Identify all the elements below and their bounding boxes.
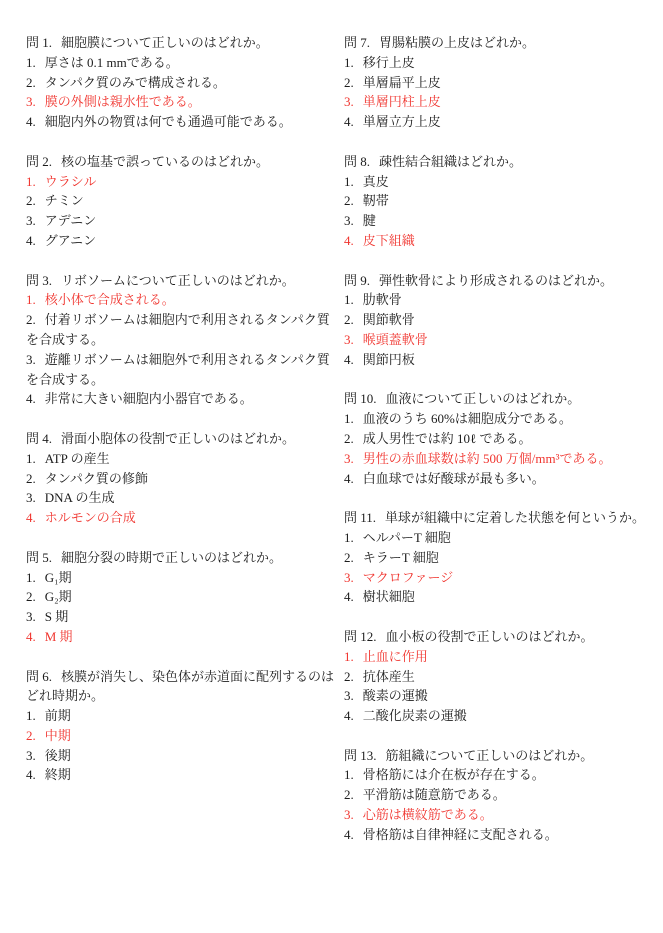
option-number: 4.	[344, 352, 354, 367]
answer-option: 4.樹状細胞	[344, 587, 660, 607]
answer-option: 4.関節円板	[344, 350, 660, 370]
answer-option: 2.G₂期	[26, 587, 336, 607]
answer-option: 1.移行上皮	[344, 53, 660, 73]
option-text: 終期	[45, 767, 71, 782]
option-number: 2.	[26, 193, 36, 208]
question-number: 問 7.	[344, 35, 370, 50]
option-text: 単層円柱上皮	[363, 94, 441, 109]
question-number: 問 9.	[344, 273, 370, 288]
answer-option-correct: 3.男性の赤血球数は約 500 万個/mm³である。	[344, 449, 660, 469]
option-number: 1.	[344, 649, 354, 664]
option-text: 酸素の運搬	[363, 688, 428, 703]
answer-option: 2.成人男性では約 10ℓ である。	[344, 429, 660, 449]
option-text: 移行上皮	[363, 55, 415, 70]
option-number: 1.	[344, 174, 354, 189]
question-heading: 問 1.細胞膜について正しいのはどれか。	[26, 33, 336, 53]
option-number: 2.	[344, 431, 354, 446]
option-text: 前期	[45, 708, 71, 723]
question-text: 滑面小胞体の役割で正しいのはどれか。	[61, 431, 295, 446]
question-text: 単球が組織中に定着した状態を何というか。	[385, 510, 645, 525]
answer-option-correct: 1.核小体で合成される。	[26, 290, 336, 310]
answer-option: 2.キラーT 細胞	[344, 548, 660, 568]
option-text: G₂期	[45, 589, 72, 604]
question-block: 問 3.リボソームについて正しいのはどれか。1.核小体で合成される。2.付着リボ…	[26, 271, 336, 410]
answer-option: 1.骨格筋には介在板が存在する。	[344, 765, 660, 785]
option-text: ヘルパーT 細胞	[363, 530, 451, 545]
option-text: 二酸化炭素の運搬	[363, 708, 467, 723]
option-number: 1.	[344, 767, 354, 782]
answer-option: 3.後期	[26, 746, 336, 766]
option-number: 1.	[26, 570, 36, 585]
question-block: 問 7.胃腸粘膜の上皮はどれか。1.移行上皮2.単層扁平上皮3.単層円柱上皮4.…	[344, 33, 660, 132]
option-number: 2.	[26, 589, 36, 604]
option-number: 4.	[26, 510, 36, 525]
answer-option: 2.靭帯	[344, 191, 660, 211]
option-number: 3.	[344, 213, 354, 228]
option-text: 男性の赤血球数は約 500 万個/mm³である。	[363, 451, 612, 466]
option-number: 4.	[344, 471, 354, 486]
option-number: 4.	[26, 233, 36, 248]
question-block: 問 9.弾性軟骨により形成されるのはどれか。1.肋軟骨2.関節軟骨3.喉頭蓋軟骨…	[344, 271, 660, 370]
answer-option: 3.アデニン	[26, 211, 336, 231]
option-number: 4.	[26, 767, 36, 782]
question-text: 細胞膜について正しいのはどれか。	[61, 35, 269, 50]
answer-option-correct: 4.ホルモンの合成	[26, 508, 336, 528]
option-number: 4.	[26, 391, 36, 406]
option-number: 3.	[26, 94, 36, 109]
option-text: G₁期	[45, 570, 72, 585]
option-number: 3.	[344, 332, 354, 347]
option-number: 3.	[344, 570, 354, 585]
option-text: 肋軟骨	[363, 292, 402, 307]
option-text: 腱	[363, 213, 376, 228]
option-number: 1.	[26, 292, 36, 307]
question-number: 問 10.	[344, 391, 377, 406]
question-heading: 問 12.血小板の役割で正しいのはどれか。	[344, 627, 660, 647]
option-number: 2.	[344, 669, 354, 684]
question-text: 核膜が消失し、染色体が赤道面に配列するのはどれ時期か。	[26, 669, 334, 704]
question-text: 血液について正しいのはどれか。	[386, 391, 581, 406]
option-number: 4.	[26, 629, 36, 644]
option-text: 関節円板	[363, 352, 415, 367]
question-number: 問 1.	[26, 35, 52, 50]
option-text: 付着リボソームは細胞内で利用されるタンパク質を合成する。	[26, 312, 330, 347]
question-block: 問 12.血小板の役割で正しいのはどれか。1.止血に作用2.抗体産生3.酸素の運…	[344, 627, 660, 726]
option-text: ウラシル	[45, 174, 97, 189]
question-text: 細胞分裂の時期で正しいのはどれか。	[61, 550, 282, 565]
question-number: 問 12.	[344, 629, 377, 644]
question-text: 血小板の役割で正しいのはどれか。	[386, 629, 594, 644]
option-number: 2.	[344, 75, 354, 90]
question-block: 問 6.核膜が消失し、染色体が赤道面に配列するのはどれ時期か。1.前期2.中期3…	[26, 667, 336, 786]
question-number: 問 11.	[344, 510, 376, 525]
option-text: M 期	[45, 629, 73, 644]
question-number: 問 8.	[344, 154, 370, 169]
answer-option: 1.G₁期	[26, 568, 336, 588]
answer-option: 3.腱	[344, 211, 660, 231]
option-text: 骨格筋には介在板が存在する。	[363, 767, 545, 782]
exam-document-page: 問 1.細胞膜について正しいのはどれか。1.厚さは 0.1 mmである。2.タン…	[0, 0, 663, 933]
option-text: ホルモンの合成	[45, 510, 136, 525]
option-text: DNA の生成	[45, 490, 115, 505]
option-number: 3.	[26, 609, 36, 624]
option-text: 皮下組織	[363, 233, 415, 248]
option-number: 3.	[26, 213, 36, 228]
option-number: 2.	[344, 193, 354, 208]
answer-option: 4.グアニン	[26, 231, 336, 251]
answer-option: 4.終期	[26, 765, 336, 785]
answer-option: 4.二酸化炭素の運搬	[344, 706, 660, 726]
question-heading: 問 11.単球が組織中に定着した状態を何というか。	[344, 508, 660, 528]
option-text: 白血球では好酸球が最も多い。	[363, 471, 545, 486]
option-number: 2.	[26, 75, 36, 90]
option-text: 関節軟骨	[363, 312, 415, 327]
answer-option: 1.厚さは 0.1 mmである。	[26, 53, 336, 73]
option-number: 4.	[344, 589, 354, 604]
answer-option-correct: 1.ウラシル	[26, 172, 336, 192]
question-block: 問 11.単球が組織中に定着した状態を何というか。1.ヘルパーT 細胞2.キラー…	[344, 508, 660, 607]
answer-option: 3.遊離リボソームは細胞外で利用されるタンパク質を合成する。	[26, 350, 336, 390]
option-number: 4.	[26, 114, 36, 129]
option-number: 3.	[344, 451, 354, 466]
question-heading: 問 6.核膜が消失し、染色体が赤道面に配列するのはどれ時期か。	[26, 667, 336, 707]
option-text: 遊離リボソームは細胞外で利用されるタンパク質を合成する。	[26, 352, 330, 387]
question-block: 問 4.滑面小胞体の役割で正しいのはどれか。1.ATP の産生2.タンパク質の修…	[26, 429, 336, 528]
answer-option-correct: 2.中期	[26, 726, 336, 746]
question-heading: 問 5.細胞分裂の時期で正しいのはどれか。	[26, 548, 336, 568]
question-block: 問 2.核の塩基で誤っているのはどれか。1.ウラシル2.チミン3.アデニン4.グ…	[26, 152, 336, 251]
answer-option: 1.ヘルパーT 細胞	[344, 528, 660, 548]
option-text: 止血に作用	[363, 649, 428, 664]
answer-option: 4.非常に大きい細胞内小器官である。	[26, 389, 336, 409]
option-text: 成人男性では約 10ℓ である。	[363, 431, 532, 446]
answer-option: 2.タンパク質の修飾	[26, 469, 336, 489]
option-number: 2.	[26, 728, 36, 743]
option-number: 1.	[26, 451, 36, 466]
option-text: 細胞内外の物質は何でも通過可能である。	[45, 114, 292, 129]
option-text: 樹状細胞	[363, 589, 415, 604]
option-number: 1.	[344, 411, 354, 426]
option-text: 抗体産生	[363, 669, 415, 684]
question-block: 問 5.細胞分裂の時期で正しいのはどれか。1.G₁期2.G₂期3.S 期4.M …	[26, 548, 336, 647]
option-number: 3.	[344, 94, 354, 109]
option-number: 1.	[26, 55, 36, 70]
question-block: 問 8.疎性結合組織はどれか。1.真皮2.靭帯3.腱4.皮下組織	[344, 152, 660, 251]
option-number: 2.	[344, 312, 354, 327]
question-text: リボソームについて正しいのはどれか。	[61, 273, 295, 288]
answer-option-correct: 3.喉頭蓋軟骨	[344, 330, 660, 350]
question-number: 問 2.	[26, 154, 52, 169]
option-number: 2.	[344, 787, 354, 802]
option-text: キラーT 細胞	[363, 550, 439, 565]
question-number: 問 13.	[344, 748, 377, 763]
option-text: アデニン	[45, 213, 96, 228]
question-number: 問 3.	[26, 273, 52, 288]
question-number: 問 5.	[26, 550, 52, 565]
option-number: 4.	[344, 114, 354, 129]
question-block: 問 10.血液について正しいのはどれか。1.血液のうち 60%は細胞成分である。…	[344, 389, 660, 488]
option-text: マクロファージ	[363, 570, 453, 585]
answer-option-correct: 1.止血に作用	[344, 647, 660, 667]
option-text: 真皮	[363, 174, 389, 189]
answer-option: 2.抗体産生	[344, 667, 660, 687]
question-number: 問 4.	[26, 431, 52, 446]
question-heading: 問 10.血液について正しいのはどれか。	[344, 389, 660, 409]
option-text: 後期	[45, 748, 71, 763]
option-number: 2.	[344, 550, 354, 565]
answer-option: 4.白血球では好酸球が最も多い。	[344, 469, 660, 489]
question-block: 問 13.筋組織について正しいのはどれか。1.骨格筋には介在板が存在する。2.平…	[344, 746, 660, 845]
answer-option: 2.単層扁平上皮	[344, 73, 660, 93]
question-heading: 問 8.疎性結合組織はどれか。	[344, 152, 660, 172]
answer-option: 2.関節軟骨	[344, 310, 660, 330]
option-number: 1.	[344, 530, 354, 545]
answer-option: 2.平滑筋は随意筋である。	[344, 785, 660, 805]
answer-option: 1.ATP の産生	[26, 449, 336, 469]
option-text: S 期	[45, 609, 68, 624]
option-number: 4.	[344, 708, 354, 723]
answer-option: 1.前期	[26, 706, 336, 726]
question-heading: 問 2.核の塩基で誤っているのはどれか。	[26, 152, 336, 172]
answer-option-correct: 3.膜の外側は親水性である。	[26, 92, 336, 112]
answer-option: 1.血液のうち 60%は細胞成分である。	[344, 409, 660, 429]
option-number: 3.	[344, 807, 354, 822]
option-number: 1.	[26, 708, 36, 723]
answer-option: 4.単層立方上皮	[344, 112, 660, 132]
question-heading: 問 13.筋組織について正しいのはどれか。	[344, 746, 660, 766]
option-text: 単層立方上皮	[363, 114, 441, 129]
option-number: 1.	[26, 174, 36, 189]
option-text: 心筋は横紋筋である。	[363, 807, 493, 822]
option-text: 厚さは 0.1 mmである。	[45, 55, 179, 70]
answer-option-correct: 3.単層円柱上皮	[344, 92, 660, 112]
answer-option: 4.骨格筋は自律神経に支配される。	[344, 825, 660, 845]
question-text: 核の塩基で誤っているのはどれか。	[61, 154, 269, 169]
question-number: 問 6.	[26, 669, 52, 684]
option-number: 2.	[26, 471, 36, 486]
answer-option: 1.肋軟骨	[344, 290, 660, 310]
option-text: タンパク質のみで構成される。	[45, 75, 226, 90]
option-number: 3.	[26, 352, 36, 367]
answer-option: 2.チミン	[26, 191, 336, 211]
question-heading: 問 3.リボソームについて正しいのはどれか。	[26, 271, 336, 291]
question-block: 問 1.細胞膜について正しいのはどれか。1.厚さは 0.1 mmである。2.タン…	[26, 33, 336, 132]
option-text: チミン	[45, 193, 84, 208]
question-text: 疎性結合組織はどれか。	[379, 154, 522, 169]
answer-option: 4.細胞内外の物質は何でも通過可能である。	[26, 112, 336, 132]
option-text: グアニン	[45, 233, 96, 248]
option-text: ATP の産生	[45, 451, 110, 466]
option-number: 1.	[344, 55, 354, 70]
answer-option: 3.DNA の生成	[26, 488, 336, 508]
question-text: 弾性軟骨により形成されるのはどれか。	[379, 273, 613, 288]
option-text: 核小体で合成される。	[45, 292, 175, 307]
option-text: 単層扁平上皮	[363, 75, 441, 90]
option-number: 3.	[26, 748, 36, 763]
option-text: 膜の外側は親水性である。	[45, 94, 201, 109]
answer-option: 2.付着リボソームは細胞内で利用されるタンパク質を合成する。	[26, 310, 336, 350]
option-text: 骨格筋は自律神経に支配される。	[363, 827, 558, 842]
option-text: 中期	[45, 728, 71, 743]
answer-option-correct: 3.心筋は横紋筋である。	[344, 805, 660, 825]
question-heading: 問 7.胃腸粘膜の上皮はどれか。	[344, 33, 660, 53]
question-heading: 問 4.滑面小胞体の役割で正しいのはどれか。	[26, 429, 336, 449]
option-text: 靭帯	[363, 193, 389, 208]
right-column: 問 7.胃腸粘膜の上皮はどれか。1.移行上皮2.単層扁平上皮3.単層円柱上皮4.…	[344, 33, 660, 864]
answer-option-correct: 4.M 期	[26, 627, 336, 647]
answer-option-correct: 4.皮下組織	[344, 231, 660, 251]
answer-option: 3.S 期	[26, 607, 336, 627]
option-number: 4.	[344, 233, 354, 248]
option-text: 喉頭蓋軟骨	[363, 332, 428, 347]
answer-option: 3.酸素の運搬	[344, 686, 660, 706]
option-number: 1.	[344, 292, 354, 307]
option-number: 3.	[26, 490, 36, 505]
answer-option: 2.タンパク質のみで構成される。	[26, 73, 336, 93]
option-text: 血液のうち 60%は細胞成分である。	[363, 411, 572, 426]
option-text: 非常に大きい細胞内小器官である。	[45, 391, 253, 406]
option-text: 平滑筋は随意筋である。	[363, 787, 506, 802]
option-number: 4.	[344, 827, 354, 842]
left-column: 問 1.細胞膜について正しいのはどれか。1.厚さは 0.1 mmである。2.タン…	[26, 33, 336, 805]
question-text: 胃腸粘膜の上皮はどれか。	[379, 35, 535, 50]
answer-option: 1.真皮	[344, 172, 660, 192]
option-number: 3.	[344, 688, 354, 703]
option-number: 2.	[26, 312, 36, 327]
option-text: タンパク質の修飾	[45, 471, 148, 486]
question-text: 筋組織について正しいのはどれか。	[386, 748, 594, 763]
answer-option-correct: 3.マクロファージ	[344, 568, 660, 588]
question-heading: 問 9.弾性軟骨により形成されるのはどれか。	[344, 271, 660, 291]
